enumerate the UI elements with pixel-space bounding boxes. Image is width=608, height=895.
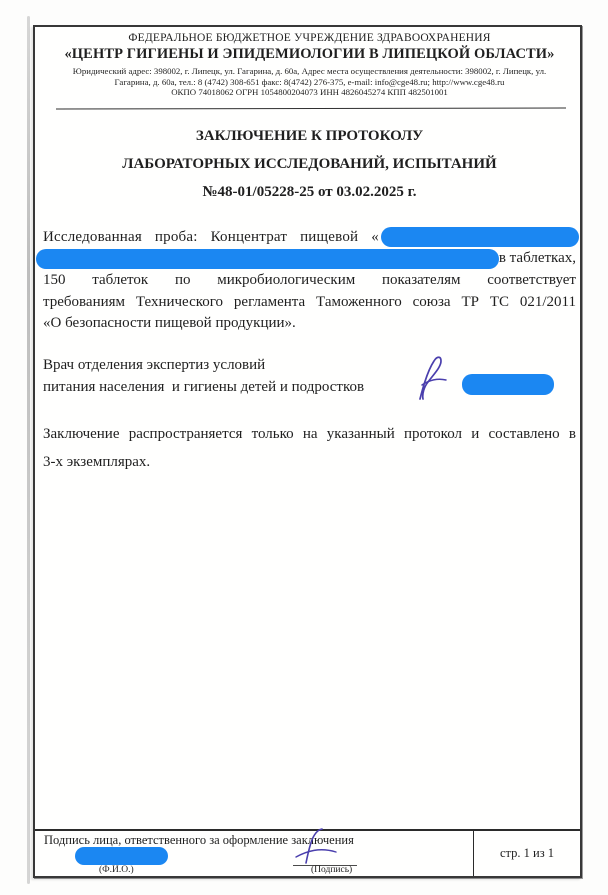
- address-line-2: Гагарина, д. 60а, тел.: 8 (4742) 308-651…: [43, 77, 576, 88]
- signature-label: (Подпись): [311, 865, 352, 875]
- page-number: стр. 1 из 1: [474, 831, 580, 876]
- scanned-document: { "doc": { "header": { "org_type": "ФЕДЕ…: [0, 0, 608, 895]
- body-line-4: требованиямТехническогорегламентаТаможен…: [43, 292, 576, 314]
- document-title: ЗАКЛЮЧЕНИЕ К ПРОТОКОЛУ ЛАБОРАТОРНЫХ ИССЛ…: [43, 122, 576, 206]
- title-number-date: №48-01/05228-25 от 03.02.2025 г.: [43, 178, 576, 206]
- footer-signature-cell: Подпись лица, ответственного за оформлен…: [35, 831, 474, 876]
- address-line-1: Юридический адрес: 398002, г. Липецк, ул…: [43, 66, 576, 77]
- redaction-bar: [462, 374, 554, 395]
- closing-statement: Заключениераспространяетсятольконауказан…: [43, 426, 576, 471]
- organization-name: «ЦЕНТР ГИГИЕНЫ И ЭПИДЕМИОЛОГИИ В ЛИПЕЦКО…: [43, 46, 576, 63]
- signature-footer-table: Подпись лица, ответственного за оформлен…: [35, 829, 580, 876]
- scan-page-edge: [27, 16, 30, 884]
- sample-label: Исследованная проба: Концентрат пищевой …: [43, 227, 379, 249]
- redaction-bar: [75, 847, 168, 865]
- body-line-5: «О безопасности пищевой продукции».: [43, 313, 576, 335]
- title-line-2: ЛАБОРАТОРНЫХ ИССЛЕДОВАНИЙ, ИСПЫТАНИЙ: [43, 150, 576, 178]
- fio-label: (Ф.И.О.): [99, 865, 134, 875]
- footer-caption: Подпись лица, ответственного за оформлен…: [44, 833, 473, 848]
- footer-handwritten-signature-icon: [287, 825, 343, 865]
- signatory-block: Врач отделения экспертиз условий питания…: [43, 354, 576, 398]
- closing-line-2: 3-х экземплярах.: [43, 454, 576, 471]
- signatory-position-line-1: Врач отделения экспертиз условий: [43, 354, 576, 376]
- redaction-bar: [381, 227, 579, 247]
- letterhead-divider: [56, 107, 566, 109]
- organization-type: ФЕДЕРАЛЬНОЕ БЮДЖЕТНОЕ УЧРЕЖДЕНИЕ ЗДРАВОО…: [43, 32, 576, 44]
- sample-line-2: в таблетках,: [43, 248, 576, 270]
- handwritten-signature-icon: [413, 354, 457, 402]
- document-page-frame: ФЕДЕРАЛЬНОЕ БЮДЖЕТНОЕ УЧРЕЖДЕНИЕ ЗДРАВОО…: [33, 25, 582, 878]
- letterhead: ФЕДЕРАЛЬНОЕ БЮДЖЕТНОЕ УЧРЕЖДЕНИЕ ЗДРАВОО…: [43, 32, 576, 98]
- conclusion-paragraph: Исследованная проба: Концентрат пищевой …: [43, 227, 576, 336]
- redaction-bar: [36, 249, 499, 269]
- body-line-3: 150таблетокпомикробиологическимпоказател…: [43, 270, 576, 292]
- registration-codes: ОКПО 74018062 ОГРН 1054800204073 ИНН 482…: [43, 87, 576, 98]
- sample-line: Исследованная проба: Концентрат пищевой …: [43, 227, 576, 249]
- tablets-text: в таблетках,: [499, 248, 576, 270]
- closing-line-1: Заключениераспространяетсятольконауказан…: [43, 426, 576, 443]
- title-line-1: ЗАКЛЮЧЕНИЕ К ПРОТОКОЛУ: [43, 122, 576, 150]
